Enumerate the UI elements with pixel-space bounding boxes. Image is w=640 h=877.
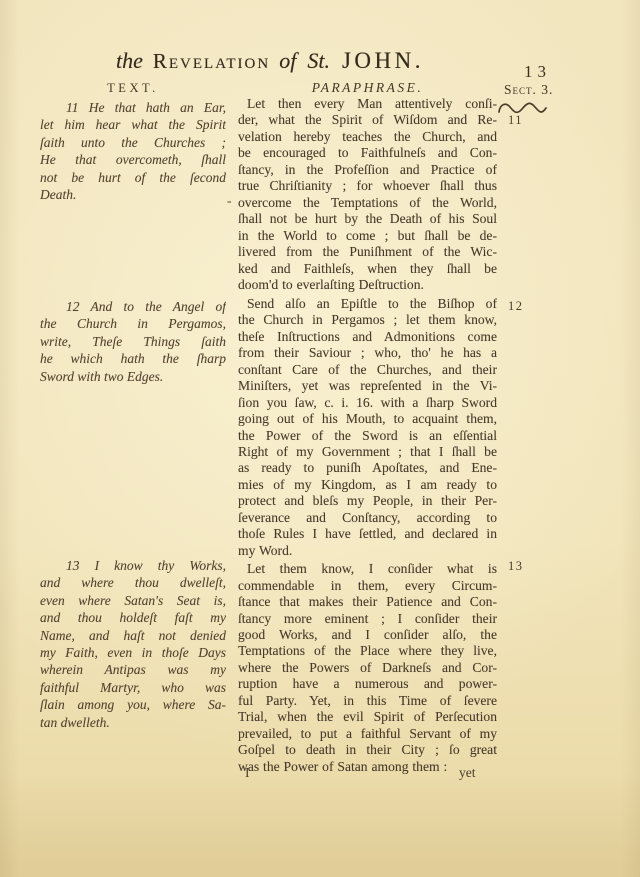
text-line: ful Party. Yet, in this Time of ſevere [238, 693, 497, 709]
text-line: ruption have a numerous and power- [238, 676, 497, 692]
text-line: ſtance that makes their Patience and Con… [238, 594, 497, 610]
text-line: ſeverance and Conſtancy, according to [238, 510, 497, 526]
catchword: yet [459, 765, 476, 781]
paraphrase-paragraph-11: Let then every Man attentively conſi-der… [238, 96, 497, 293]
title-word-the: the [116, 48, 143, 74]
text-line: commendable in them, every Circum- [238, 578, 497, 594]
text-line: Miniſters, yet was repreſented in the Vi… [238, 378, 497, 394]
text-line: ſtancy more eminent ; I conſider their [238, 611, 497, 627]
text-line: and where thou dwelleſt, [40, 574, 226, 591]
text-line: Let them know, I conſider what is [238, 561, 497, 577]
text-line: tan dwelleth. [40, 714, 226, 731]
text-line: where the Powers of Darkneſs and Cor- [238, 660, 497, 676]
margin-verse-number-13: 13 [508, 559, 524, 574]
text-line: 12 And to the Angel of [40, 298, 226, 315]
signature-mark: I [245, 765, 250, 781]
section-label: Sect. 3. [504, 82, 553, 98]
text-line: Death. [40, 186, 226, 203]
text-line: ked and Faithleſs, when they ſhall be [238, 261, 497, 277]
text-line: Name, and haſt not denied [40, 627, 226, 644]
title-word-of: of [279, 48, 296, 74]
text-line: and thou holdeſt faſt my [40, 609, 226, 626]
text-line: ſhall not be hurt by the Death of his So… [238, 211, 497, 227]
text-column-heading: TEXT. [40, 81, 226, 96]
running-title: the Revelation of St. JOHN. [68, 48, 472, 74]
text-line: be encouraged to Faithfulneſs and Con- [238, 145, 497, 161]
text-line: der, what the Spirit of Wiſdom and Re- [238, 112, 497, 128]
text-line: the Church in Pergamos, [40, 315, 226, 332]
text-line: prevailed, to put a faithful Servant of … [238, 726, 497, 742]
text-line: Right of my Government ; that I ſhall be [238, 444, 497, 460]
page-number: 13 [524, 62, 551, 82]
text-line: let him hear what the Spirit [40, 116, 226, 133]
verse-block-11: 11 He that hath an Ear,let him hear what… [40, 99, 226, 203]
text-line: faithful Martyr, who was [40, 679, 226, 696]
text-line: ſaith unto the Churches ; [40, 134, 226, 151]
text-line: Sword with two Edges. [40, 368, 226, 385]
stray-hyphen-mark: - [227, 193, 232, 209]
text-line: write, Theſe Things ſaith [40, 333, 226, 350]
text-line: Temptations of the Place where they live… [238, 643, 497, 659]
text-line: ſion you ſaw, c. i. 16. with a ſharp Swo… [238, 395, 497, 411]
text-line: he which hath the ſharp [40, 350, 226, 367]
title-word-st: St. [307, 48, 330, 74]
text-line: true Chriſtianity ; for whoever ſhall th… [238, 178, 497, 194]
text-line: the Church in Pergamos ; let them know, [238, 312, 497, 328]
text-line: conſtant Care of the Churches, and their [238, 362, 497, 378]
text-line: theſe Inſtructions and Admonitions come [238, 329, 497, 345]
margin-verse-number-12: 12 [508, 299, 524, 314]
text-line: ſtancy, in the Profeſſion and Practice o… [238, 162, 497, 178]
text-line: Let then every Man attentively conſi- [238, 96, 497, 112]
text-line: good Works, and I conſider alſo, the [238, 627, 497, 643]
text-line: as ready to puniſh Apoſtates, and Ene- [238, 460, 497, 476]
text-line: going out of his Mouth, to acquaint them… [238, 411, 497, 427]
text-line: Goſpel to death in their City ; ſo great [238, 742, 497, 758]
paraphrase-column-heading: PARAPHRASE. [238, 80, 497, 96]
paraphrase-paragraph-12: Send alſo an Epiſtle to the Biſhop ofthe… [238, 296, 497, 559]
text-line: the Power of the Sword is an eſſential [238, 428, 497, 444]
text-line: my Word. [238, 543, 497, 559]
margin-verse-number-11: 11 [508, 113, 523, 128]
paraphrase-column: Let then every Man attentively conſi-der… [238, 96, 497, 775]
text-line: velation hereby teaches the Church, and [238, 129, 497, 145]
text-line: Send alſo an Epiſtle to the Biſhop of [238, 296, 497, 312]
text-line: thoſe Rules I have ſettled, and declared… [238, 526, 497, 542]
text-line: mies of my Kingdom, as I am ready to [238, 477, 497, 493]
text-line: 13 I know thy Works, [40, 557, 226, 574]
text-line: livered from the Puniſhment of the Wic- [238, 244, 497, 260]
title-word-revelation: Revelation [153, 49, 270, 74]
text-line: ſlain among you, where Sa- [40, 696, 226, 713]
title-word-john: JOHN. [342, 48, 424, 74]
text-line: in the World to come ; but ſhall be de- [238, 228, 497, 244]
text-line: He that overcometh, ſhall [40, 151, 226, 168]
verse-block-12: 12 And to the Angel ofthe Church in Perg… [40, 298, 226, 385]
text-line: protect and bleſs my People, in their Pe… [238, 493, 497, 509]
text-line: 11 He that hath an Ear, [40, 99, 226, 116]
text-line: wherein Antipas was my [40, 661, 226, 678]
text-line: not be hurt of the ſecond [40, 169, 226, 186]
text-line: Trial, when the evil Spirit of Perſecuti… [238, 709, 497, 725]
text-line: from their Saviour ; who, tho' he has a [238, 345, 497, 361]
book-page: the Revelation of St. JOHN. 13 TEXT. PAR… [0, 0, 640, 877]
paraphrase-paragraph-13: Let them know, I conſider what iscommend… [238, 561, 497, 775]
text-line: overcome the Temptations of the World, [238, 195, 497, 211]
verse-block-13: 13 I know thy Works,and where thou dwell… [40, 557, 226, 731]
text-line: even where Satan's Seat is, [40, 592, 226, 609]
text-line: my Faith, even in thoſe Days [40, 644, 226, 661]
text-line: doom'd to everlaſting Deſtruction. [238, 277, 497, 293]
